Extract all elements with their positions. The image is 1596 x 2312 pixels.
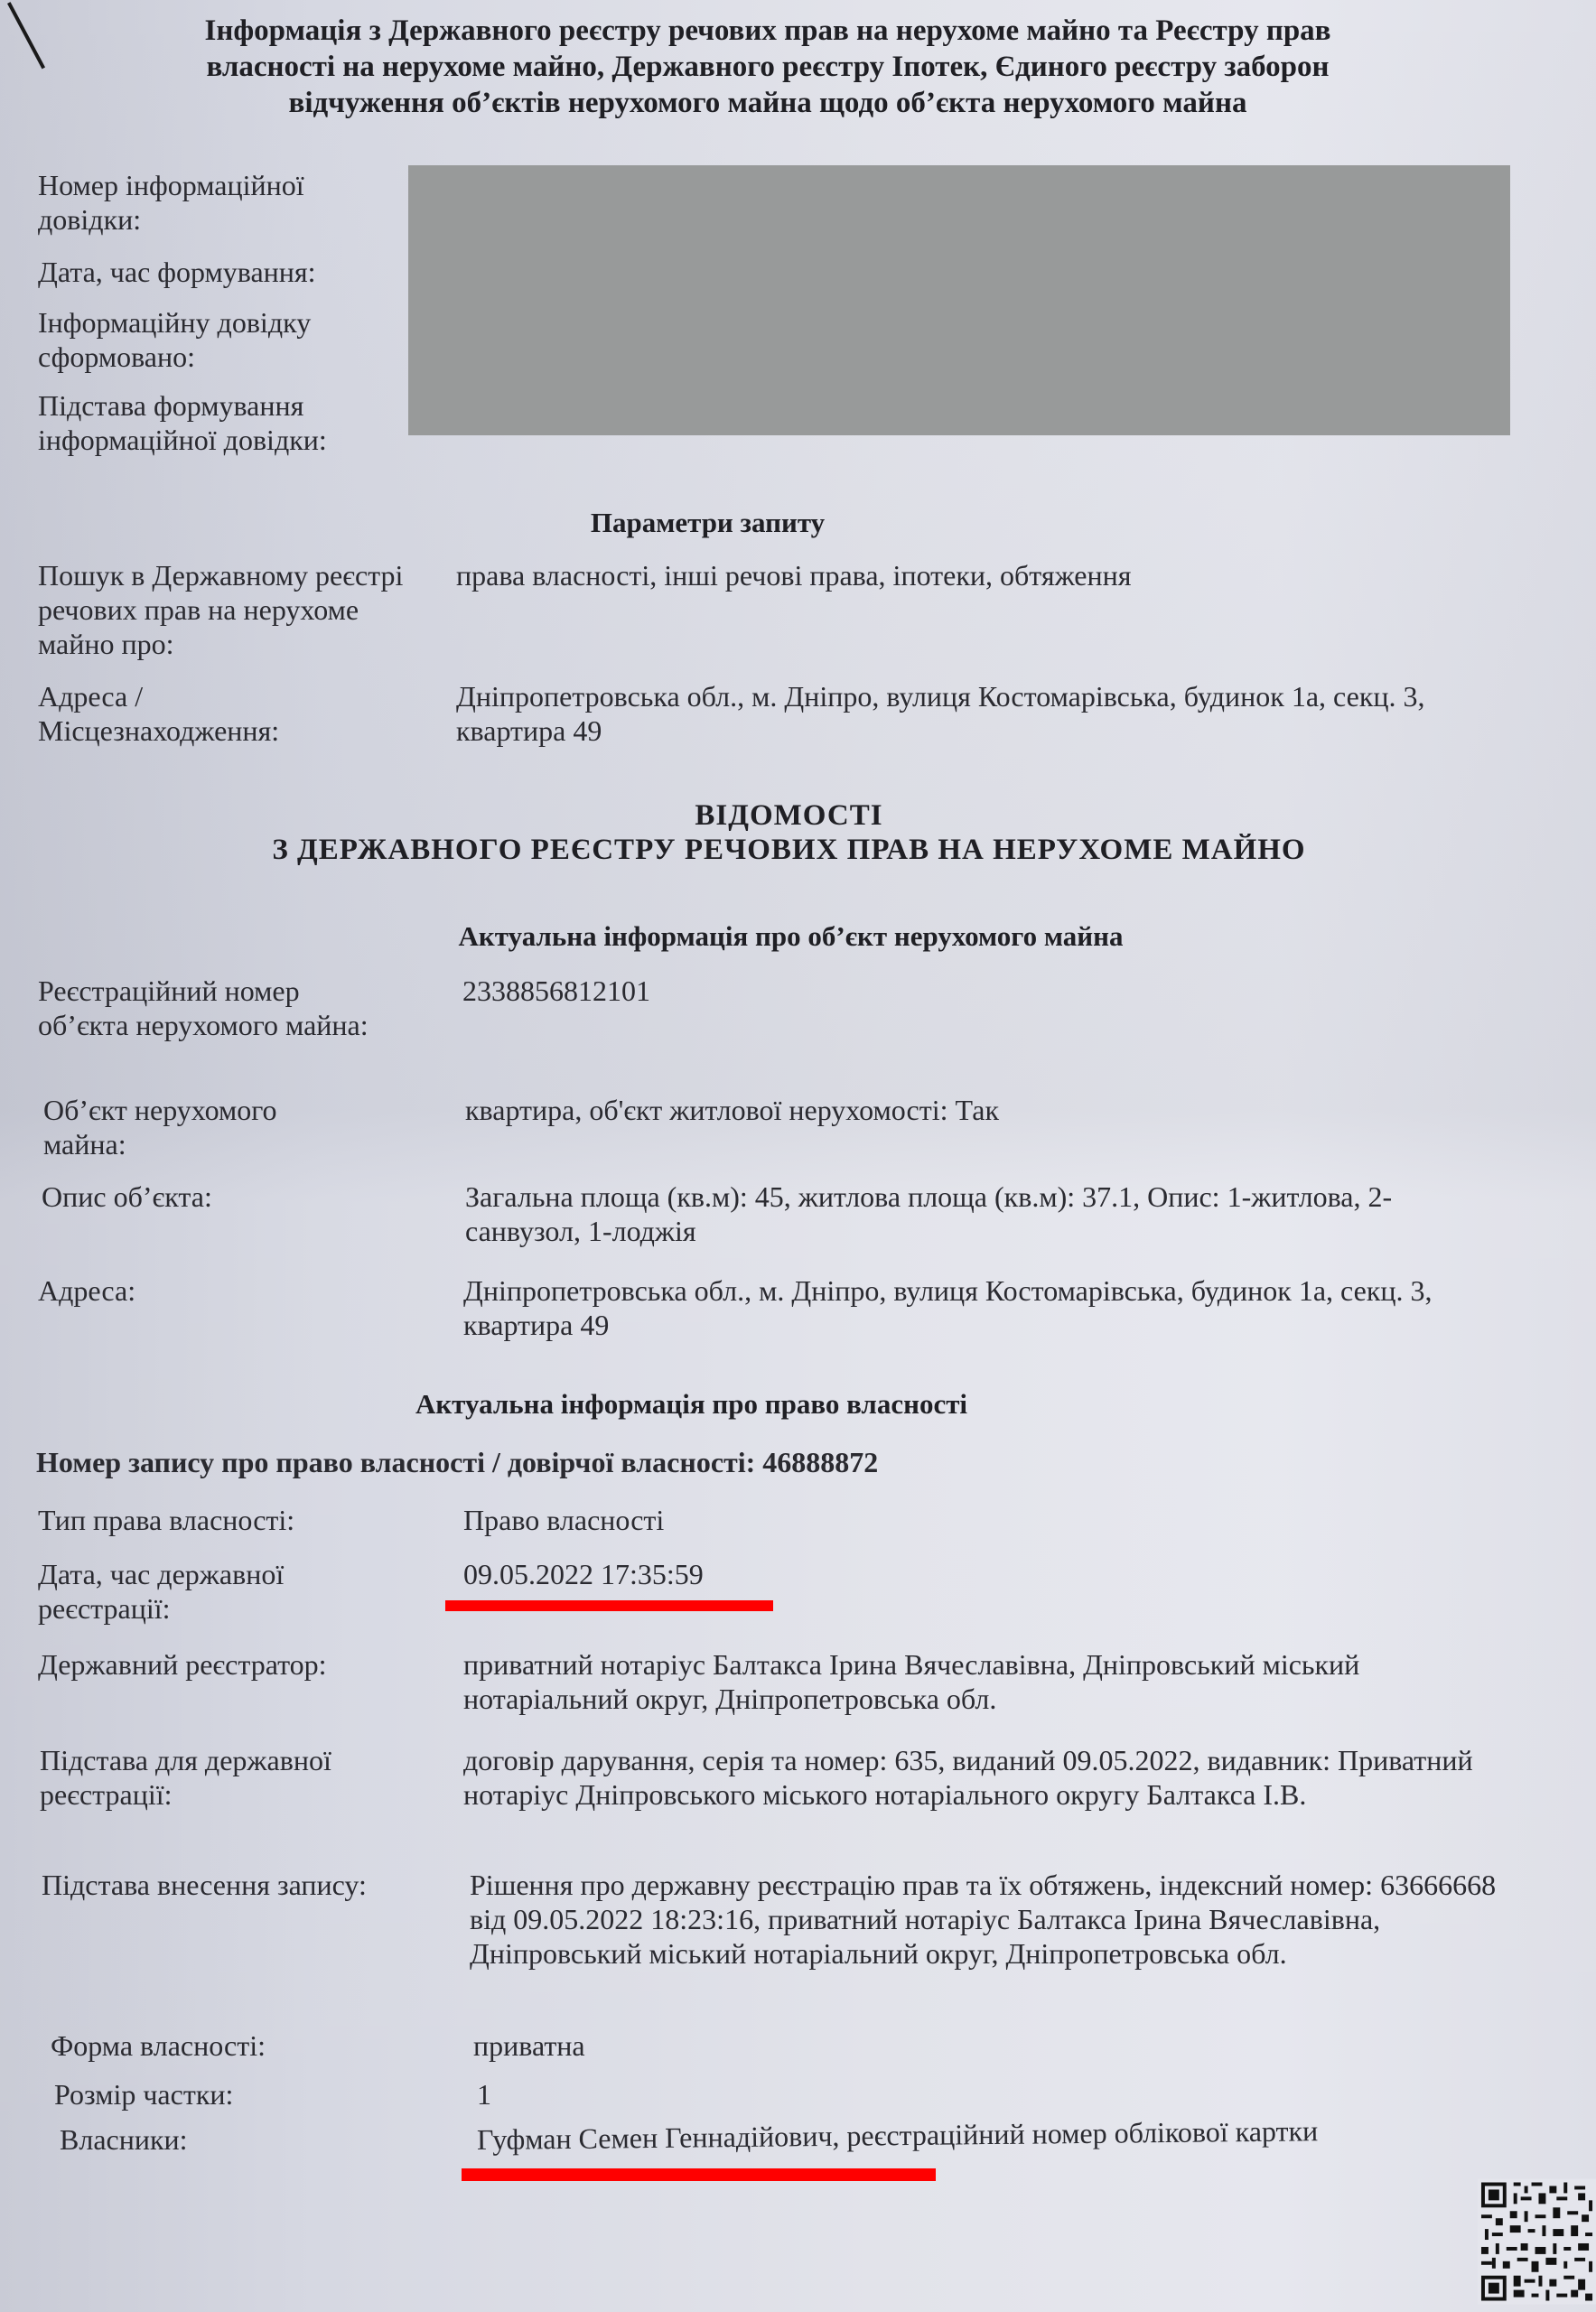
reg-basis-value: договір дарування, серія та номер: 635, … xyxy=(463,1743,1583,1812)
reg-basis-label: Підстава для державної реєстрації: xyxy=(40,1743,419,1812)
query-search-value: права власності, інші речові права, іпот… xyxy=(456,558,1540,592)
object-address-label: Адреса: xyxy=(38,1273,417,1308)
title-line-1: Інформація з Державного реєстру речових … xyxy=(90,13,1445,49)
object-address-value: Дніпропетровська обл., м. Дніпро, вулиця… xyxy=(463,1273,1538,1342)
title-line-2: власності на нерухоме майно, Державного … xyxy=(90,49,1445,85)
cert-date-label: Дата, час формування: xyxy=(38,255,417,289)
share-size-value: 1 xyxy=(477,2077,1561,2112)
redacted-block xyxy=(408,165,1510,435)
document-title: Інформація з Державного реєстру речових … xyxy=(90,13,1445,121)
ownership-form-label: Форма власності: xyxy=(51,2028,430,2063)
cert-number-label: Номер інформаційної довідки: xyxy=(38,168,399,237)
registrar-value: приватний нотаріус Балтакса Ірина Вячесл… xyxy=(463,1647,1502,1716)
query-address-value: Дніпропетровська обл., м. Дніпро, вулиця… xyxy=(456,679,1522,748)
red-underline-owner xyxy=(462,2168,936,2181)
share-size-label: Розмір частки: xyxy=(54,2077,434,2112)
query-params-title: Параметри запиту xyxy=(0,506,1506,540)
reg-number-value: 2338856812101 xyxy=(462,974,1546,1008)
ownership-type-label: Тип права власності: xyxy=(38,1503,417,1537)
qr-code-icon xyxy=(1478,2178,1596,2305)
ownership-title: Актуальна інформація про право власності xyxy=(0,1387,1489,1422)
owners-value: Гуфман Семен Геннадійович, реєстраційний… xyxy=(477,2111,1588,2157)
query-search-label: Пошук в Державному реєстрі речових прав … xyxy=(38,558,417,661)
registrar-label: Державний реєстратор: xyxy=(38,1647,417,1682)
pen-mark xyxy=(7,2,45,69)
query-address-label: Адреса / Місцезнаходження: xyxy=(38,679,336,748)
register-title-line2: З ДЕРЖАВНОГО РЕЄСТРУ РЕЧОВИХ ПРАВ НА НЕР… xyxy=(0,833,1587,867)
ownership-type-value: Право власності xyxy=(463,1503,1547,1537)
cert-basis-label: Підстава формування інформаційної довідк… xyxy=(38,388,426,457)
object-description-label: Опис об’єкта: xyxy=(42,1179,421,1214)
record-number-value: 46888872 xyxy=(762,1446,878,1478)
owners-label: Власники: xyxy=(60,2122,439,2157)
object-description-value: Загальна площа (кв.м): 45, житлова площа… xyxy=(465,1179,1468,1248)
ownership-form-value: приватна xyxy=(473,2028,1557,2063)
property-object-title: Актуальна інформація про об’єкт нерухомо… xyxy=(0,919,1589,954)
cert-issued-label: Інформаційну довідку сформовано: xyxy=(38,305,399,374)
register-title-line1: ВІДОМОСТІ xyxy=(0,798,1587,833)
object-type-value: квартира, об'єкт житлової нерухомості: Т… xyxy=(465,1093,1549,1127)
record-number-label: Номер запису про право власності / довір… xyxy=(36,1446,755,1478)
red-underline-date xyxy=(445,1600,773,1611)
reg-number-label: Реєстраційний номер об’єкта нерухомого м… xyxy=(38,974,390,1042)
reg-date-label: Дата, час державної реєстрації: xyxy=(38,1557,363,1626)
reg-date-value: 09.05.2022 17:35:59 xyxy=(463,1557,1547,1591)
record-number-row: Номер запису про право власності / довір… xyxy=(36,1445,1301,1479)
title-line-3: відчуження об’єктів нерухомого майна щод… xyxy=(90,85,1445,121)
entry-basis-value: Рішення про державну реєстрацію прав та … xyxy=(470,1868,1526,1971)
entry-basis-label: Підстава внесення запису: xyxy=(42,1868,376,1902)
object-type-label: Об’єкт нерухомого майна: xyxy=(43,1093,350,1161)
